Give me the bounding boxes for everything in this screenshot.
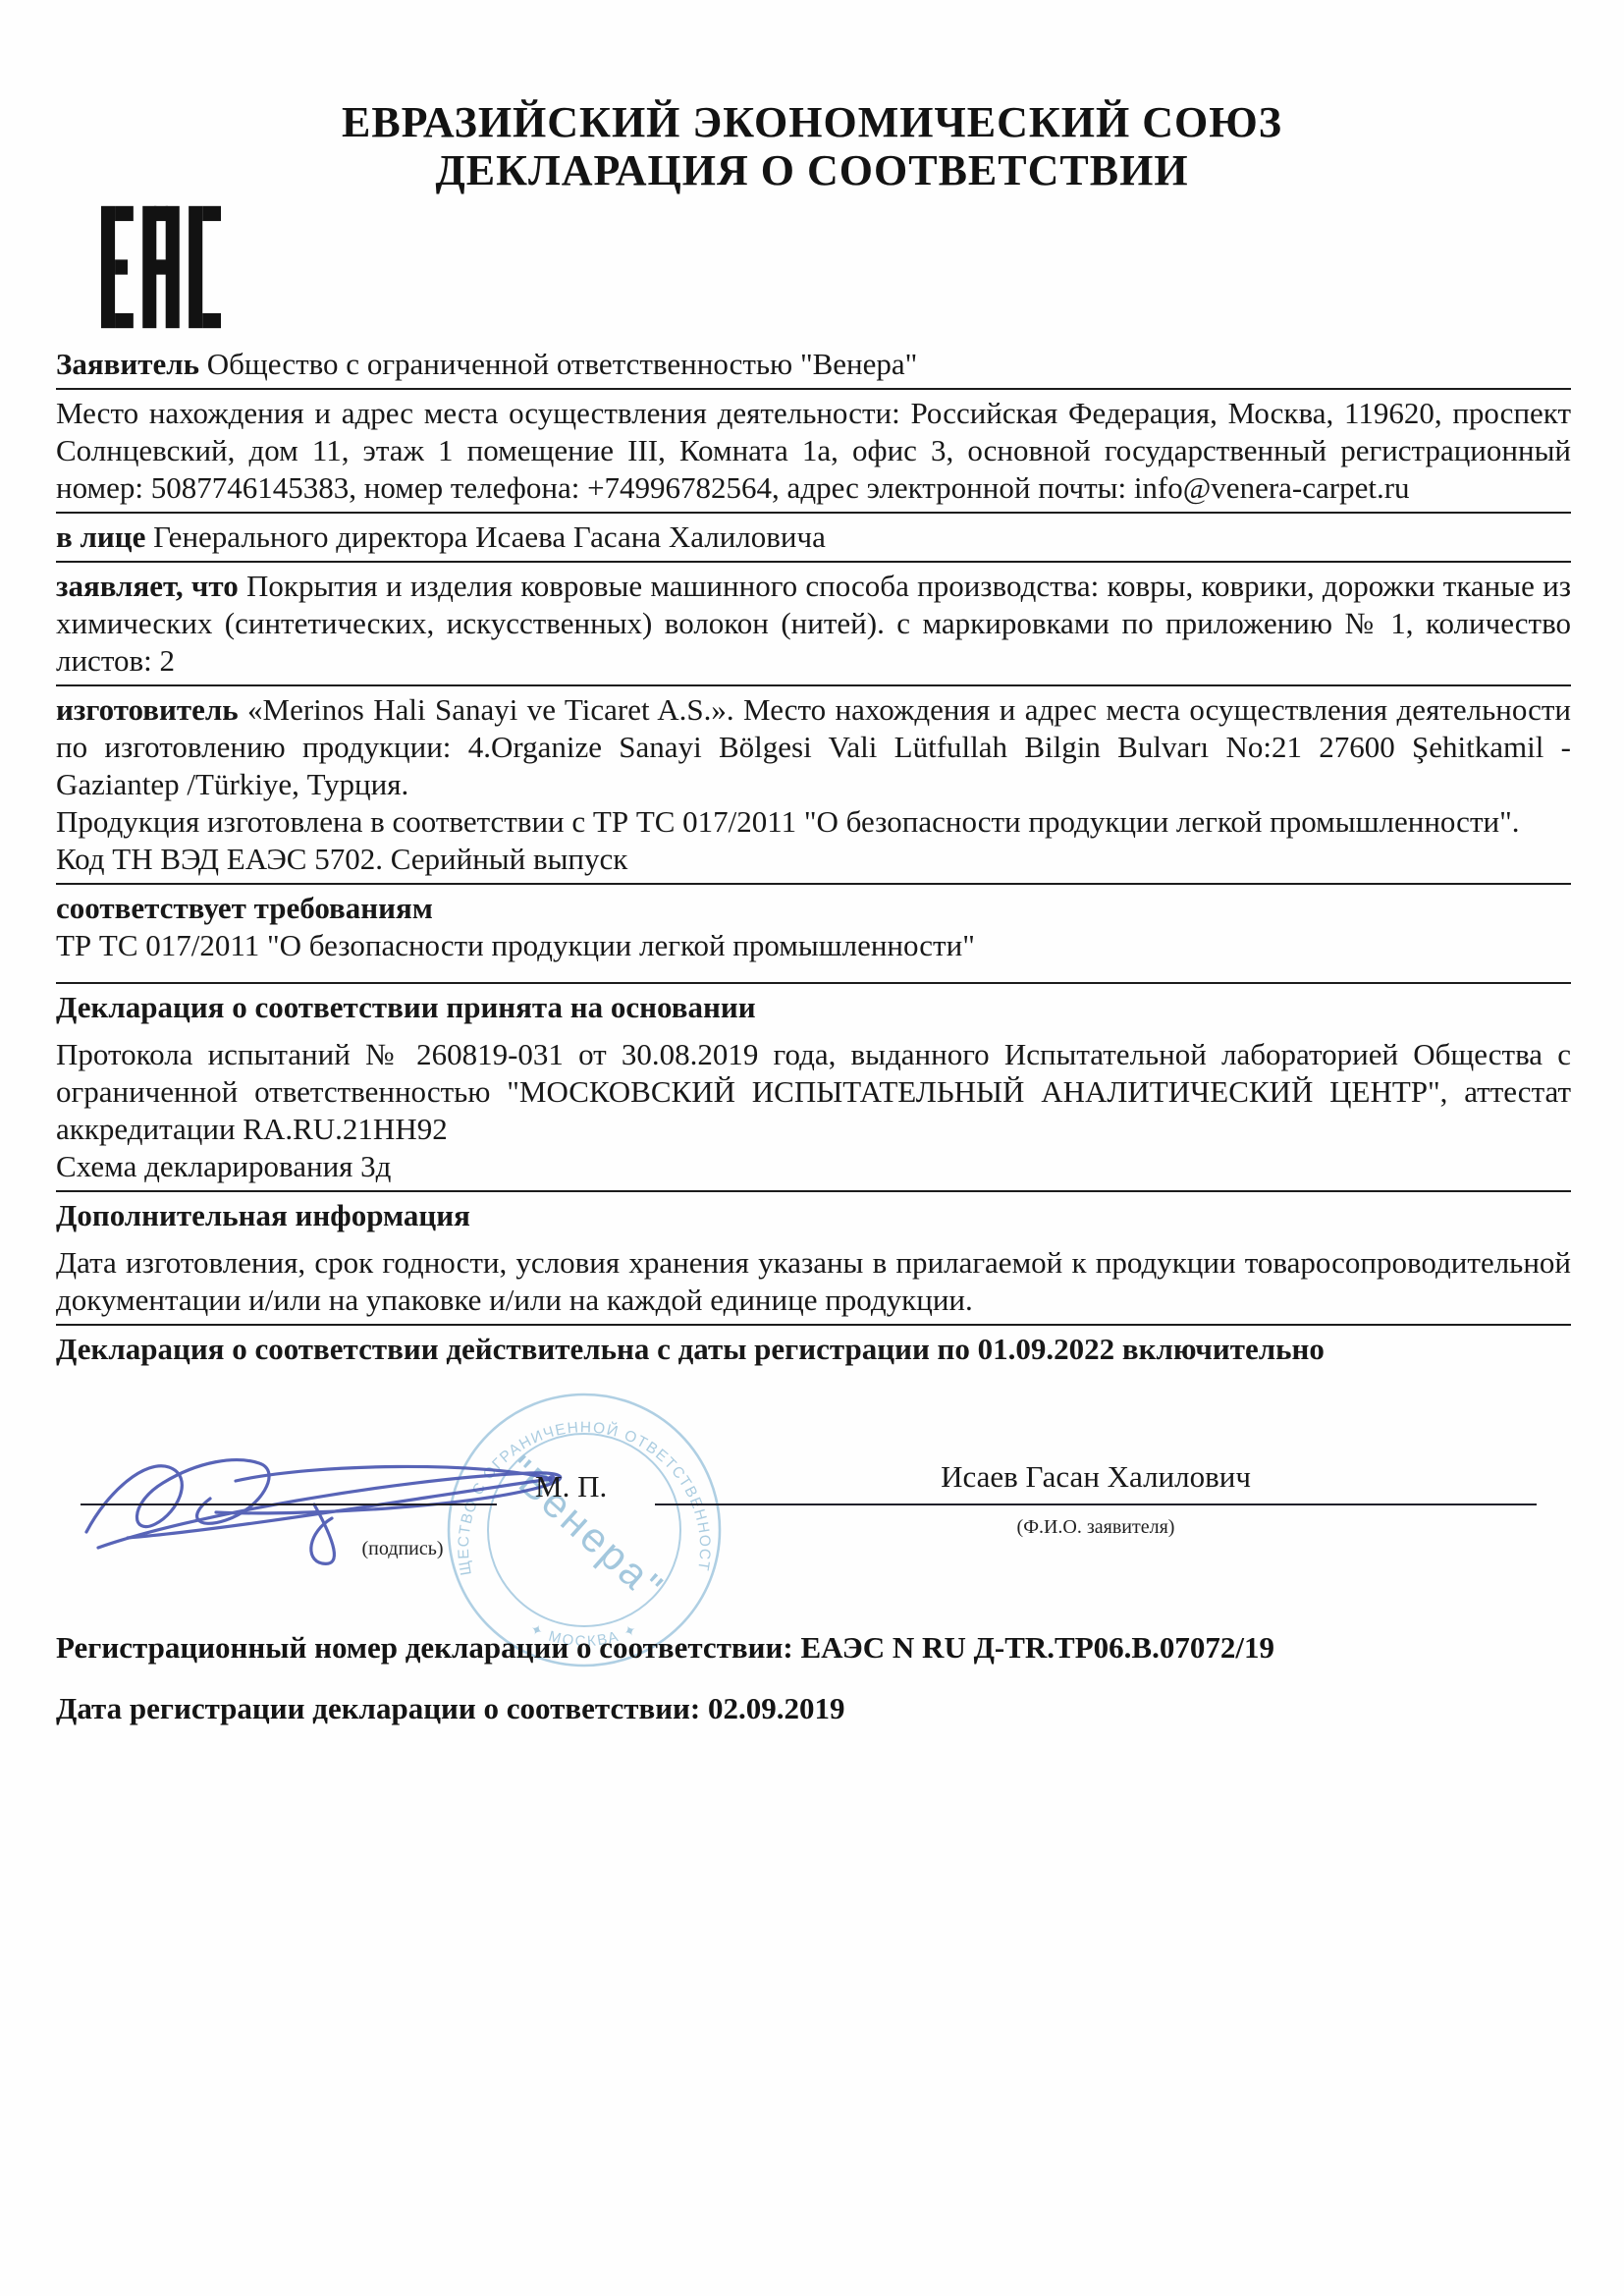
name-line	[655, 1503, 1537, 1505]
section-divider	[56, 1190, 1571, 1192]
stamp-place-label: М. П.	[535, 1469, 607, 1504]
basis-heading: Декларация о соответствии принята на осн…	[56, 989, 1571, 1026]
registration-date-value: 02.09.2019	[708, 1691, 845, 1725]
registration-number-label: Регистрационный номер декларации о соотв…	[56, 1630, 793, 1665]
section-divider	[56, 883, 1571, 885]
page-title-line1: ЕВРАЗИЙСКИЙ ЭКОНОМИЧЕСКИЙ СОЮЗ	[0, 98, 1624, 146]
registration-date-line: Дата регистрации декларации о соответств…	[56, 1691, 845, 1726]
production-compliance-paragraph: Продукция изготовлена в соответствии с Т…	[56, 803, 1571, 841]
section-divider	[56, 512, 1571, 514]
representative-paragraph: в лице Генерального директора Исаева Гас…	[56, 519, 1571, 556]
validity-statement: Декларация о соответствии действительна …	[56, 1331, 1571, 1368]
signature-line	[81, 1503, 497, 1505]
meets-requirements-heading: соответствует требованиям	[56, 890, 1571, 927]
manufacturer-paragraph: изготовитель «Merinos Hali Sanayi ve Tic…	[56, 691, 1571, 803]
section-divider	[56, 561, 1571, 563]
manufacturer-value: «Merinos Hali Sanayi ve Ticaret A.S.». М…	[56, 692, 1571, 801]
signature-caption: (подпись)	[304, 1538, 501, 1560]
applicant-paragraph: Заявитель Общество с ограниченной ответс…	[56, 346, 1571, 383]
additional-info-text: Дата изготовления, срок годности, услови…	[56, 1244, 1571, 1319]
document-body: Заявитель Общество с ограниченной ответс…	[56, 346, 1571, 1368]
declaration-subject-paragraph: заявляет, что Покрытия и изделия ковровы…	[56, 568, 1571, 680]
document-title: ЕВРАЗИЙСКИЙ ЭКОНОМИЧЕСКИЙ СОЮЗ ДЕКЛАРАЦИ…	[0, 98, 1624, 194]
applicant-value: Общество с ограниченной ответственностью…	[199, 347, 917, 381]
address-paragraph: Место нахождения и адрес места осуществл…	[56, 395, 1571, 507]
registration-number-value: ЕАЭС N RU Д-TR.ТР06.В.07072/19	[800, 1630, 1273, 1665]
section-divider	[56, 982, 1571, 984]
additional-info-heading: Дополнительная информация	[56, 1197, 1571, 1234]
page-title-line2: ДЕКЛАРАЦИЯ О СООТВЕТСТВИИ	[0, 146, 1624, 194]
basis-text-paragraph: Протокола испытаний № 260819-031 от 30.0…	[56, 1036, 1571, 1148]
applicant-label: Заявитель	[56, 347, 199, 381]
representative-label: в лице	[56, 519, 145, 554]
manufacturer-label: изготовитель	[56, 692, 239, 727]
section-divider	[56, 1324, 1571, 1326]
eac-logo-icon	[101, 204, 221, 330]
registration-date-label: Дата регистрации декларации о соответств…	[56, 1691, 700, 1725]
document-page: ЕВРАЗИЙСКИЙ ЭКОНОМИЧЕСКИЙ СОЮЗ ДЕКЛАРАЦИ…	[0, 0, 1624, 2296]
registration-number-line: Регистрационный номер декларации о соотв…	[56, 1630, 1274, 1666]
applicant-name: Исаев Гасан Халилович	[655, 1459, 1537, 1495]
representative-value: Генерального директора Исаева Гасана Хал…	[145, 519, 825, 554]
name-caption: (Ф.И.О. заявителя)	[655, 1516, 1537, 1539]
declares-label: заявляет, что	[56, 569, 239, 603]
section-divider	[56, 388, 1571, 390]
section-divider	[56, 684, 1571, 686]
declares-value: Покрытия и изделия ковровые машинного сп…	[56, 569, 1571, 678]
meets-requirements-text: ТР ТС 017/2011 "О безопасности продукции…	[56, 927, 1571, 964]
declaration-scheme: Схема декларирования 3д	[56, 1148, 1571, 1185]
tnved-code-paragraph: Код ТН ВЭД ЕАЭС 5702. Серийный выпуск	[56, 841, 1571, 878]
